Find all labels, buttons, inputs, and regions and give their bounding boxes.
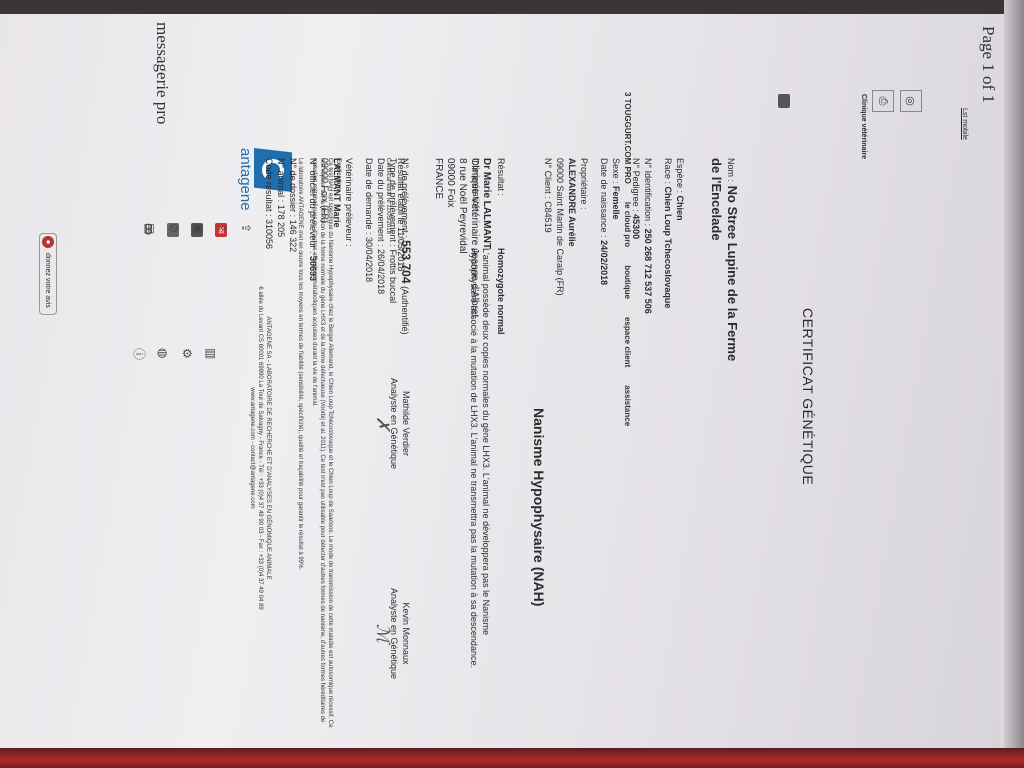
owner-address: 09000 Saint Martin de Caralp (FR): [554, 158, 566, 378]
drive-icon[interactable]: ▥: [205, 348, 217, 360]
page-count: Page 1 of 1: [978, 26, 998, 103]
species: Chien: [675, 196, 685, 221]
red-folder-edge: [0, 748, 1024, 768]
target-icon[interactable]: ◎: [900, 90, 922, 112]
folder-icon[interactable]: ▣: [192, 223, 204, 234]
print-icon[interactable]: ⎙: [872, 90, 894, 112]
breed: Chien Loup Tchecoslovaque: [663, 187, 673, 309]
tab-title: messagerie pro: [152, 22, 172, 124]
test-title: Nanisme Hypophysaire (NAH): [531, 408, 547, 606]
result-date: Résultat établi le 11/05/2018: [395, 158, 407, 271]
rotated-document: Page 1 of 1 Lst mobile ◎ ⎙ Clinique vété…: [32, 8, 1012, 748]
nav-link-assistance[interactable]: assistance: [623, 385, 632, 426]
owner-name: ALEXANDRE Aurélie: [566, 158, 578, 378]
feedback-button[interactable]: ● donnez votre avis: [39, 233, 57, 315]
certificate-title: CERTIFICAT GÉNÉTIQUE: [800, 308, 816, 485]
signature-2: ℳ: [376, 588, 388, 679]
help-icon[interactable]: ⓘ: [133, 348, 145, 360]
client-number: C84519: [543, 201, 553, 233]
lab-footer: ANTAGENE SA - LABORATOIRE DE RECHERCHE E…: [248, 158, 272, 738]
animal-name: No Stree Lupine de la Ferme de l'Encelad…: [709, 158, 740, 361]
settings-icon[interactable]: ⚙: [181, 348, 193, 360]
pedigree: 45300: [631, 214, 641, 239]
mail-toolbar-col2: ⇪ ⇪ ▣ ⊘ ▤: [144, 223, 252, 234]
identification: 250 268 712 537 506: [643, 229, 653, 314]
mail-toolbar-col3: ▥ ⚙ ◍ ⓘ: [133, 348, 217, 360]
block-icon[interactable]: ⊘: [168, 223, 180, 234]
signatory-1: Mathilde Verdier Analyste en Génétique ✗: [376, 378, 412, 469]
signature-1: ✗: [376, 378, 388, 469]
globe-icon[interactable]: ◍: [157, 348, 169, 360]
user-icon: [778, 94, 790, 108]
feedback-icon: ●: [42, 236, 54, 248]
archive-icon[interactable]: ▤: [144, 223, 156, 234]
animal-block: Nom : No Stree Lupine de la Ferme de l'E…: [542, 158, 740, 378]
explanation: Explication Ce test NAH est spécifique d…: [296, 158, 342, 738]
certificate-date: Certificat édité le 11/05/2018: [384, 158, 392, 234]
result-value: Homozygote normal: [495, 248, 507, 335]
clinic-label: Clinique vétérinaire: [860, 94, 867, 159]
signatory-2: Kevin Monnaux Analyste en Génétique ℳ: [376, 588, 412, 679]
sex: Femelle: [611, 186, 621, 220]
interpretation: L'animal possède deux copies normales du…: [468, 248, 492, 668]
birth-date: 24/02/2018: [599, 240, 609, 285]
mobile-link[interactable]: Lst mobile: [958, 108, 970, 140]
upload-icon-2[interactable]: ⇪: [216, 223, 228, 234]
